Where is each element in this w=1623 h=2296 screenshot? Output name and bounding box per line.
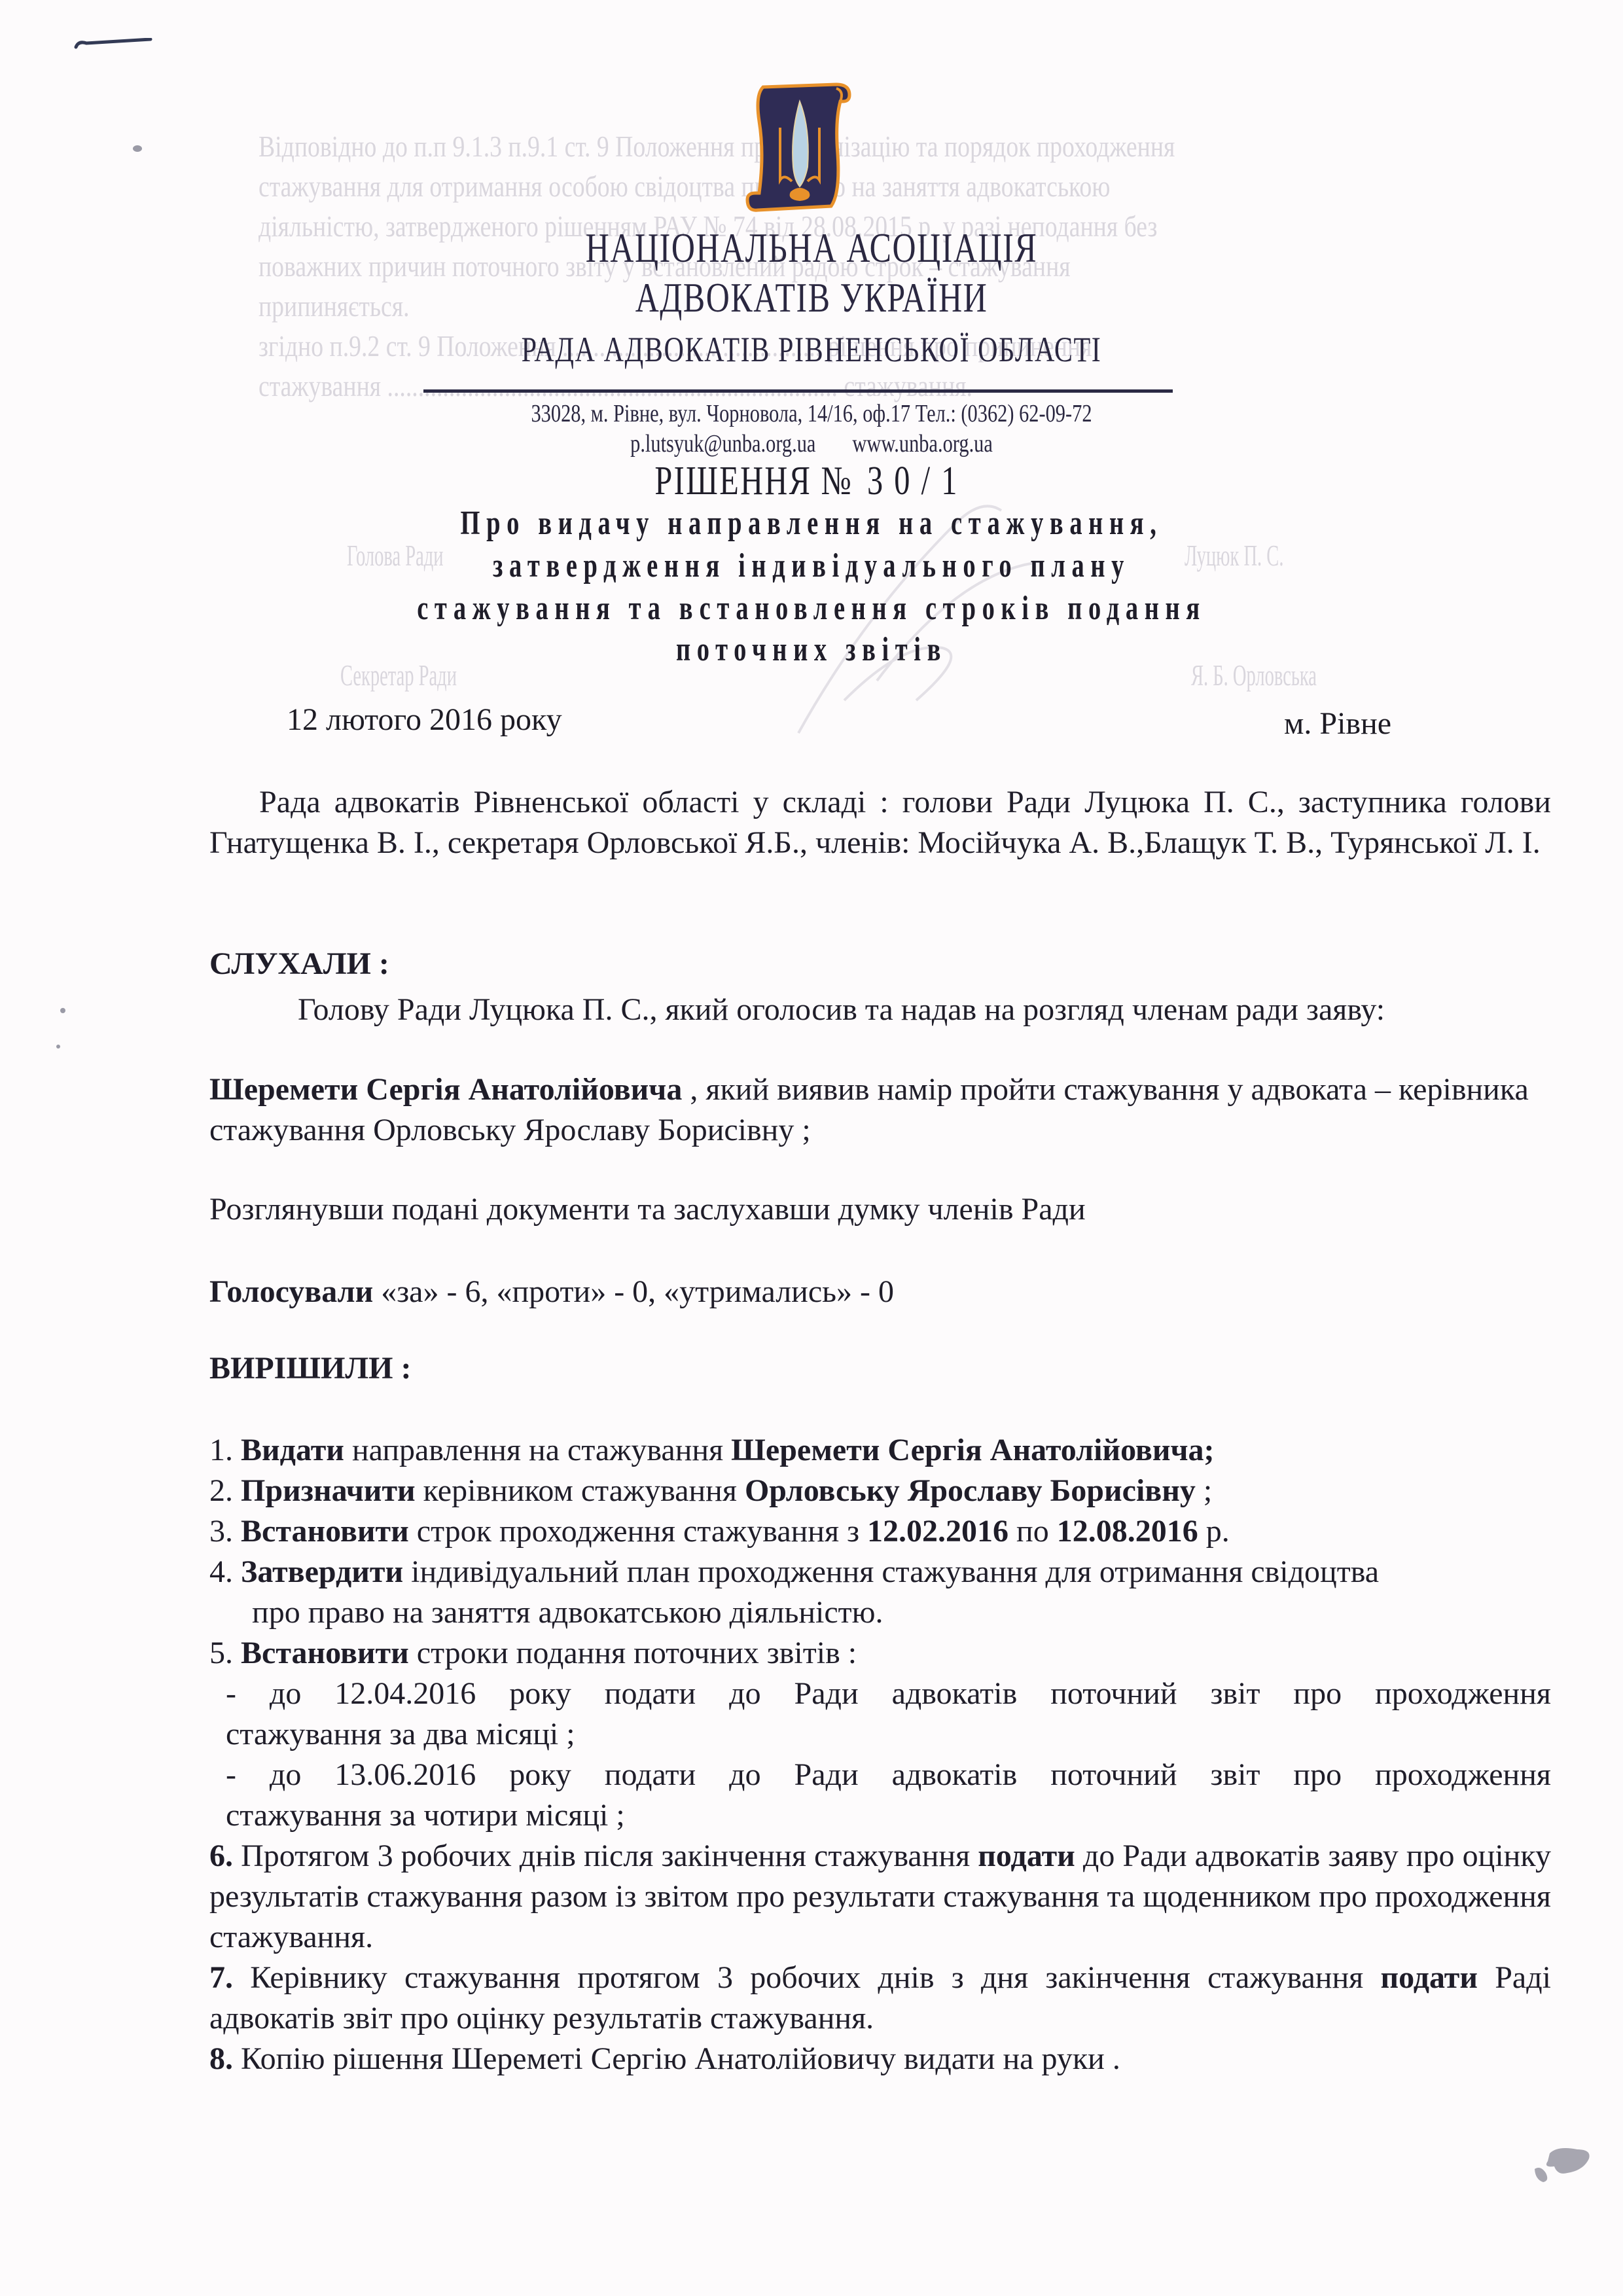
heard-text: Голову Ради Луцюка П. С., який оголосив … <box>298 992 1385 1027</box>
item-text: керівником стажування <box>416 1473 745 1508</box>
report-deadline-2: - до 13.06.2016 року подати до Ради адво… <box>209 1755 1551 1795</box>
ghost-line: стажування для отримання особою свідоцтв… <box>259 169 1110 204</box>
report-deadline-1: - до 12.04.2016 року подати до Ради адво… <box>209 1674 1551 1714</box>
item-7-text: 7. Керівнику стажування протягом 3 робоч… <box>209 1958 1551 2039</box>
heard-heading: СЛУХАЛИ : <box>209 944 1551 984</box>
item-text: Протягом 3 робочих днів після закінчення… <box>233 1839 978 1873</box>
item-number: 1. <box>209 1433 233 1467</box>
decision-item-1: 1. Видати направлення на стажування Шере… <box>209 1430 1551 1471</box>
item-verb: подати <box>1380 1960 1478 1995</box>
decision-subject-line: затвердження індивідуального плану <box>211 547 1412 585</box>
item-continuation: про право на заняття адвокатською діяльн… <box>209 1592 1551 1633</box>
item-6-text: 6. Протягом 3 робочих днів після закінче… <box>209 1836 1551 1958</box>
item-text: Керівнику стажування протягом 3 робочих … <box>233 1960 1380 1995</box>
item-text: Копію рішення Шеремeті Сергію Анатолійов… <box>233 2041 1120 2076</box>
item-number: 3. <box>209 1514 233 1549</box>
decision-label: РІШЕННЯ № <box>654 459 853 503</box>
scan-dot <box>60 1008 65 1013</box>
unba-logo-scroll-quill-trident-icon <box>745 82 855 216</box>
item-bold-name: Орловську Ярославу Борисівну <box>745 1473 1196 1508</box>
item-number: 2. <box>209 1473 233 1508</box>
staple-mark-icon <box>73 38 153 54</box>
item-text: індивідуальний план проходження стажуван… <box>403 1554 1379 1589</box>
decision-item-4: 4. Затвердити індивідуальний план проход… <box>209 1552 1551 1633</box>
decided-heading: ВИРІШИЛИ : <box>209 1348 1551 1389</box>
decision-subject-line: Про видачу направлення на стажування, <box>211 504 1412 543</box>
item-text: строк проходження стажування з <box>409 1514 867 1549</box>
address-line: 33028, м. Рівне, вул. Чорновола, 14/16, … <box>162 399 1461 428</box>
scan-dot <box>56 1045 60 1049</box>
decision-subject-line: поточних звітів <box>211 630 1412 669</box>
item-text: по <box>1008 1514 1057 1549</box>
council-composition-paragraph: Рада адвокатів Рівненської області у скл… <box>209 782 1551 863</box>
decision-subject-line: стажування та встановлення строків подан… <box>211 589 1412 628</box>
considered-paragraph: Розглянувши подані документи та заслухав… <box>209 1189 1551 1230</box>
website-link[interactable]: www.unba.org.ua <box>852 430 992 457</box>
item-verb: Встановити <box>241 1636 409 1670</box>
org-name-line-1: НАЦІОНАЛЬНА АСОЦІАЦІЯ <box>179 224 1444 272</box>
decision-date: 12 лютого 2016 року <box>287 702 562 738</box>
internship-end-date: 12.08.2016 <box>1057 1514 1198 1549</box>
applicant-paragraph: Шеремети Сергія Анатолійовича , який вия… <box>209 1069 1551 1151</box>
decision-number: 30/1 <box>867 459 969 503</box>
item-verb: Видати <box>241 1433 344 1467</box>
decision-title: РІШЕННЯ №30/1 <box>179 458 1444 505</box>
item-number: 4. <box>209 1554 233 1589</box>
item-verb: Призначити <box>241 1473 416 1508</box>
contact-line: p.lutsyuk@unba.org.uawww.unba.org.ua <box>162 429 1461 458</box>
item-number: 6. <box>209 1839 233 1873</box>
org-name-line-2: АДВОКАТІВ УКРАЇНИ <box>179 274 1444 322</box>
decision-item-6: 6. Протягом 3 робочих днів після закінче… <box>209 1836 1551 1958</box>
item-verb: Встановити <box>241 1514 409 1549</box>
report-deadline-2-cont: стажування за чотири місяці ; <box>209 1795 1551 1836</box>
item-number: 7. <box>209 1960 233 1995</box>
item-verb: Затвердити <box>241 1554 403 1589</box>
vote-counts: «за» - 6, «проти» - 0, «утримались» - 0 <box>373 1274 894 1309</box>
ghost-line: стажування .............................… <box>259 368 972 403</box>
decision-item-2: 2. Призначити керівником стажування Орло… <box>209 1471 1551 1511</box>
internship-start-date: 12.02.2016 <box>867 1514 1008 1549</box>
header-divider <box>423 389 1173 393</box>
scan-dot <box>133 145 142 152</box>
email-link[interactable]: p.lutsyuk@unba.org.ua <box>630 430 815 457</box>
report-deadline-1-cont: стажування за два місяці ; <box>209 1714 1551 1755</box>
regional-council-name: РАДА АДВОКАТІВ РІВНЕНСЬКОЇ ОБЛАСТІ <box>179 329 1444 370</box>
item-tail: ; <box>1196 1473 1212 1508</box>
applicant-name: Шеремети Сергія Анатолійовича <box>209 1072 682 1107</box>
item-number: 8. <box>209 2041 233 2076</box>
decision-item-7: 7. Керівнику стажування протягом 3 робоч… <box>209 1958 1551 2039</box>
smudge-mark-icon <box>1531 2147 1594 2183</box>
document-page: Відповідно до п.п 9.1.3 п.9.1 ст. 9 Поло… <box>0 0 1623 2296</box>
item-verb: подати <box>978 1839 1075 1873</box>
item-bold-name: Шеремети Сергія Анатолійовича; <box>731 1433 1214 1467</box>
vote-result: Голосували «за» - 6, «проти» - 0, «утрим… <box>209 1272 1551 1312</box>
vote-label: Голосували <box>209 1274 373 1309</box>
item-number: 5. <box>209 1636 233 1670</box>
ghost-line: Відповідно до п.п 9.1.3 п.9.1 ст. 9 Поло… <box>259 129 1175 164</box>
item-tail: р. <box>1198 1514 1230 1549</box>
decision-item-3: 3. Встановити строк проходження стажуван… <box>209 1511 1551 1552</box>
heard-paragraph: Голову Ради Луцюка П. С., який оголосив … <box>209 990 1551 1030</box>
decision-item-5: 5. Встановити строки подання поточних зв… <box>209 1633 1551 1836</box>
decision-item-8: 8. Копію рішення Шеремeті Сергію Анатолі… <box>209 2039 1551 2079</box>
decision-items-list: 1. Видати направлення на стажування Шере… <box>209 1430 1551 2079</box>
item-text: строки подання поточних звітів : <box>409 1636 857 1670</box>
decision-city: м. Рівне <box>1284 706 1391 742</box>
item-text: направлення на стажування <box>344 1433 731 1467</box>
